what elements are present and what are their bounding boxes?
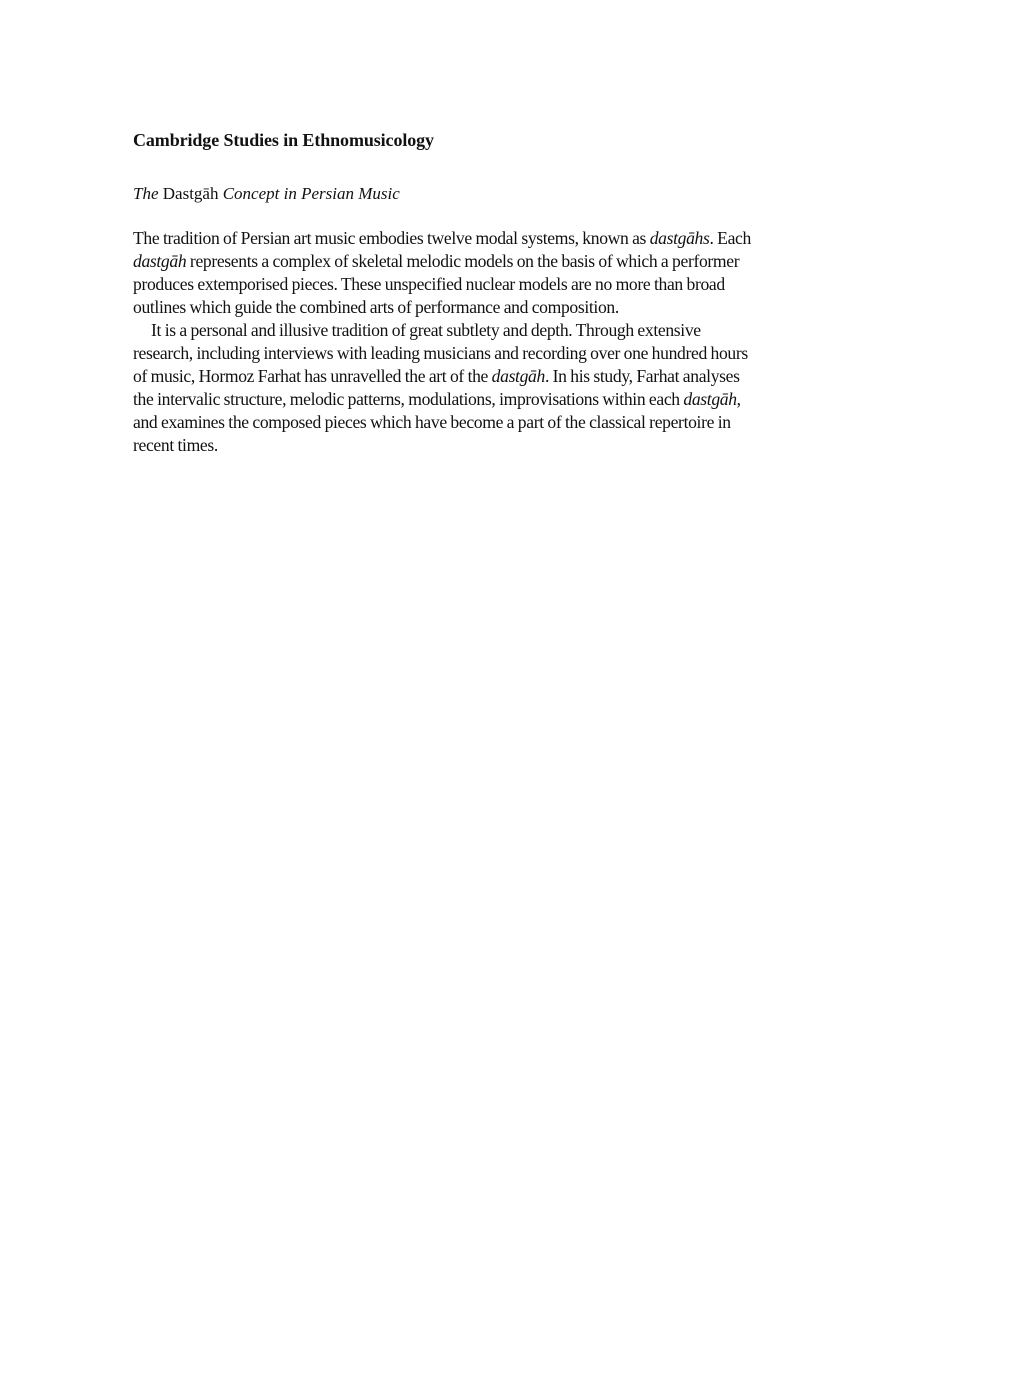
series-title: Cambridge Studies in Ethnomusicology (133, 128, 863, 152)
text-span: , (737, 389, 741, 409)
text-line: dastgāh represents a complex of skeletal… (133, 250, 863, 273)
text-span: The tradition of Persian art music embod… (133, 228, 650, 248)
text-line: and examines the composed pieces which h… (133, 411, 863, 434)
text-line: of music, Hormoz Farhat has unravelled t… (133, 365, 863, 388)
italic-term: dastgāh (133, 251, 186, 271)
text-line: It is a personal and illusive tradition … (133, 319, 863, 342)
blurb-text: The tradition of Persian art music embod… (133, 227, 863, 457)
text-line: recent times. (133, 434, 863, 457)
italic-term: dastgāhs (650, 228, 710, 248)
text-line: outlines which guide the combined arts o… (133, 296, 863, 319)
text-span: of music, Hormoz Farhat has unravelled t… (133, 366, 492, 386)
book-title-dastgah: Dastgāh (159, 184, 223, 203)
text-span: . In his study, Farhat analyses (545, 366, 740, 386)
blurb-paragraph-1: The tradition of Persian art music embod… (133, 227, 863, 319)
book-title-the: The (133, 184, 159, 203)
book-title: The Dastgāh Concept in Persian Music (133, 182, 400, 206)
text-span: represents a complex of skeletal melodic… (186, 251, 739, 271)
text-line: research, including interviews with lead… (133, 342, 863, 365)
blurb-paragraph-2: It is a personal and illusive tradition … (133, 319, 863, 457)
italic-term: dastgāh (492, 366, 545, 386)
text-line: the intervalic structure, melodic patter… (133, 388, 863, 411)
text-span: . Each (709, 228, 750, 248)
italic-term: dastgāh (683, 389, 736, 409)
text-span: It is a personal and illusive tradition … (151, 320, 701, 340)
text-span: the intervalic structure, melodic patter… (133, 389, 683, 409)
page-content: Cambridge Studies in Ethnomusicology The… (133, 128, 863, 152)
text-line: The tradition of Persian art music embod… (133, 227, 863, 250)
text-line: produces extemporised pieces. These unsp… (133, 273, 863, 296)
book-title-subtitle: Concept in Persian Music (223, 184, 400, 203)
